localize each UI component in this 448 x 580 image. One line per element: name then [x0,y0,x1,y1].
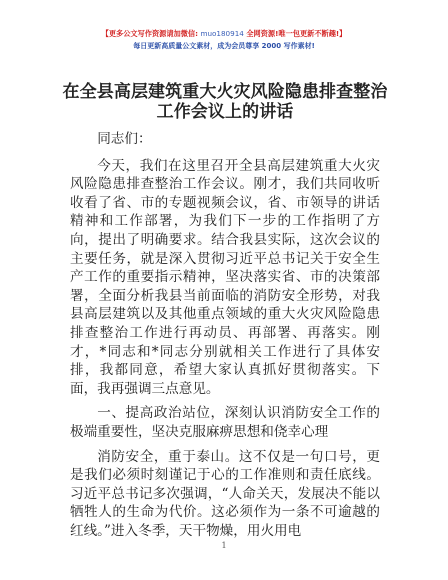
promo-watermark-prefix: 【更多公文写作资源请加微信: [102,29,201,38]
promo-watermark-header: 【更多公文写作资源请加微信: muo180914 全网资源!唯一包更新不断趣!】… [0,28,448,52]
section-heading: 一、提高政治站位，深刻认识消防安全工作的极端重要性，坚决克服麻痹思想和侥幸心理 [70,404,380,441]
document-body: 同志们： 今天，我们在这里召开全县高层建筑重大火灾风险隐患排查整治工作会议。刚才… [70,130,380,546]
document-page: 【更多公文写作资源请加微信: muo180914 全网资源!唯一包更新不断趣!】… [0,0,448,580]
salutation: 同志们： [70,130,380,149]
body-paragraph: 今天，我们在这里召开全县高层建筑重大火灾风险隐患排查整治工作会议。刚才，我们共同… [70,157,380,399]
promo-watermark-line-1: 【更多公文写作资源请加微信: muo180914 全网资源!唯一包更新不断趣!】 [0,28,448,40]
page-number: 1 [0,541,448,550]
document-title: 在全县高层建筑重大火灾风险隐患排查整治工作会议上的讲话 [60,82,390,122]
promo-watermark-line-2: 每日更新高质量公文素材，成为会员尊享 2000 写作素材! [0,40,448,52]
promo-watermark-suffix: 全网资源!唯一包更新不断趣!】 [244,29,347,38]
promo-watermark-wechat-id: muo180914 [200,29,243,38]
section-paragraph: 消防安全，重于泰山。这不仅是一句口号，更是我们必须时刻谨记于心的工作准则和责任底… [70,448,380,541]
